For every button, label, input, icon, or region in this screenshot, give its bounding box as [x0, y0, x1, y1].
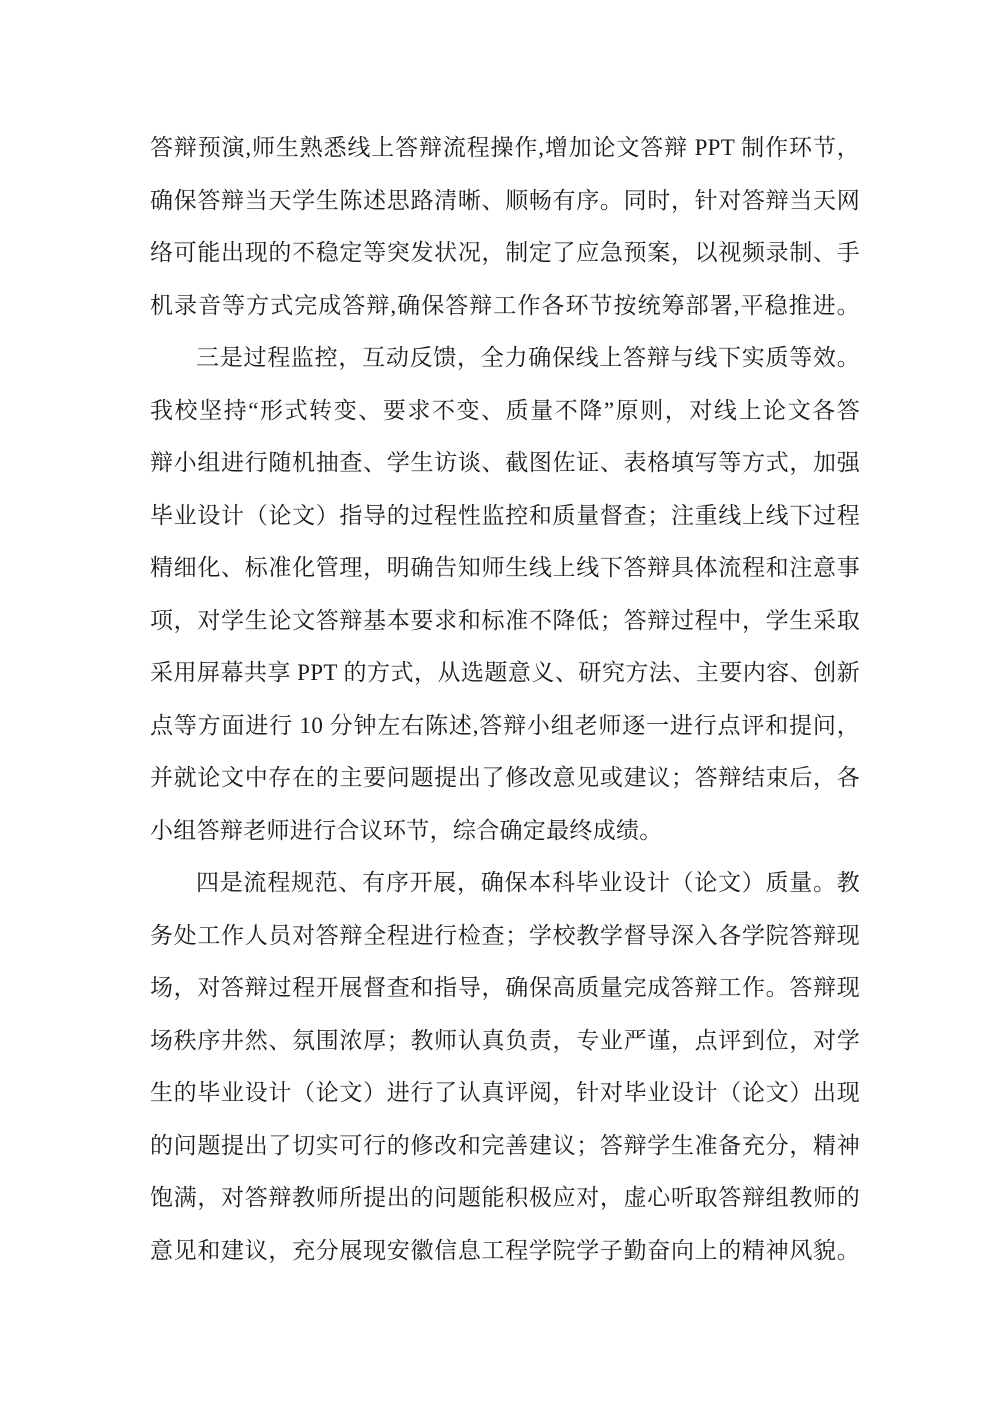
text-line: 务处工作人员对答辩全程进行检查；学校教学督导深入各学院答辩现 [150, 910, 860, 963]
text-line: 小组答辩老师进行合议环节，综合确定最终成绩。 [150, 805, 860, 858]
text-line: 采用屏幕共享 PPT 的方式，从选题意义、研究方法、主要内容、创新 [150, 647, 860, 700]
text-line: 并就论文中存在的主要问题提出了修改意见或建议；答辩结束后，各 [150, 752, 860, 805]
text-line: 意见和建议，充分展现安徽信息工程学院学子勤奋向上的精神风貌。 [150, 1225, 860, 1278]
text-line: 项，对学生论文答辩基本要求和标准不降低；答辩过程中，学生采取 [150, 595, 860, 648]
text-line: 辩小组进行随机抽查、学生访谈、截图佐证、表格填写等方式，加强 [150, 437, 860, 490]
text-line: 三是过程监控，互动反馈，全力确保线上答辩与线下实质等效。 [150, 332, 860, 385]
paragraph-point-three: 三是过程监控，互动反馈，全力确保线上答辩与线下实质等效。 我校坚持“形式转变、要… [150, 332, 860, 857]
text-line: 生的毕业设计（论文）进行了认真评阅，针对毕业设计（论文）出现 [150, 1067, 860, 1120]
text-line: 的问题提出了切实可行的修改和完善建议；答辩学生准备充分，精神 [150, 1120, 860, 1173]
document-body-text: 答辩预演,师生熟悉线上答辩流程操作,增加论文答辩 PPT 制作环节， 确保答辩当… [150, 122, 860, 1277]
text-line: 确保答辩当天学生陈述思路清晰、顺畅有序。同时，针对答辩当天网 [150, 175, 860, 228]
text-line: 饱满，对答辩教师所提出的问题能积极应对，虚心听取答辩组教师的 [150, 1172, 860, 1225]
text-line: 四是流程规范、有序开展，确保本科毕业设计（论文）质量。教 [150, 857, 860, 910]
text-line: 毕业设计（论文）指导的过程性监控和质量督查；注重线上线下过程 [150, 490, 860, 543]
text-line: 场秩序井然、氛围浓厚；教师认真负责，专业严谨，点评到位，对学 [150, 1015, 860, 1068]
text-line: 精细化、标准化管理，明确告知师生线上线下答辩具体流程和注意事 [150, 542, 860, 595]
paragraph-point-four: 四是流程规范、有序开展，确保本科毕业设计（论文）质量。教 务处工作人员对答辩全程… [150, 857, 860, 1277]
text-line: 机录音等方式完成答辩,确保答辩工作各环节按统筹部署,平稳推进。 [150, 280, 860, 333]
paragraph-continuation: 答辩预演,师生熟悉线上答辩流程操作,增加论文答辩 PPT 制作环节， 确保答辩当… [150, 122, 860, 332]
text-line: 点等方面进行 10 分钟左右陈述,答辩小组老师逐一进行点评和提问， [150, 700, 860, 753]
text-line: 场，对答辩过程开展督查和指导，确保高质量完成答辩工作。答辩现 [150, 962, 860, 1015]
text-line: 我校坚持“形式转变、要求不变、质量不降”原则，对线上论文各答 [150, 385, 860, 438]
text-line: 络可能出现的不稳定等突发状况，制定了应急预案，以视频录制、手 [150, 227, 860, 280]
document-page: 答辩预演,师生熟悉线上答辩流程操作,增加论文答辩 PPT 制作环节， 确保答辩当… [0, 0, 1000, 1414]
text-line: 答辩预演,师生熟悉线上答辩流程操作,增加论文答辩 PPT 制作环节， [150, 122, 860, 175]
